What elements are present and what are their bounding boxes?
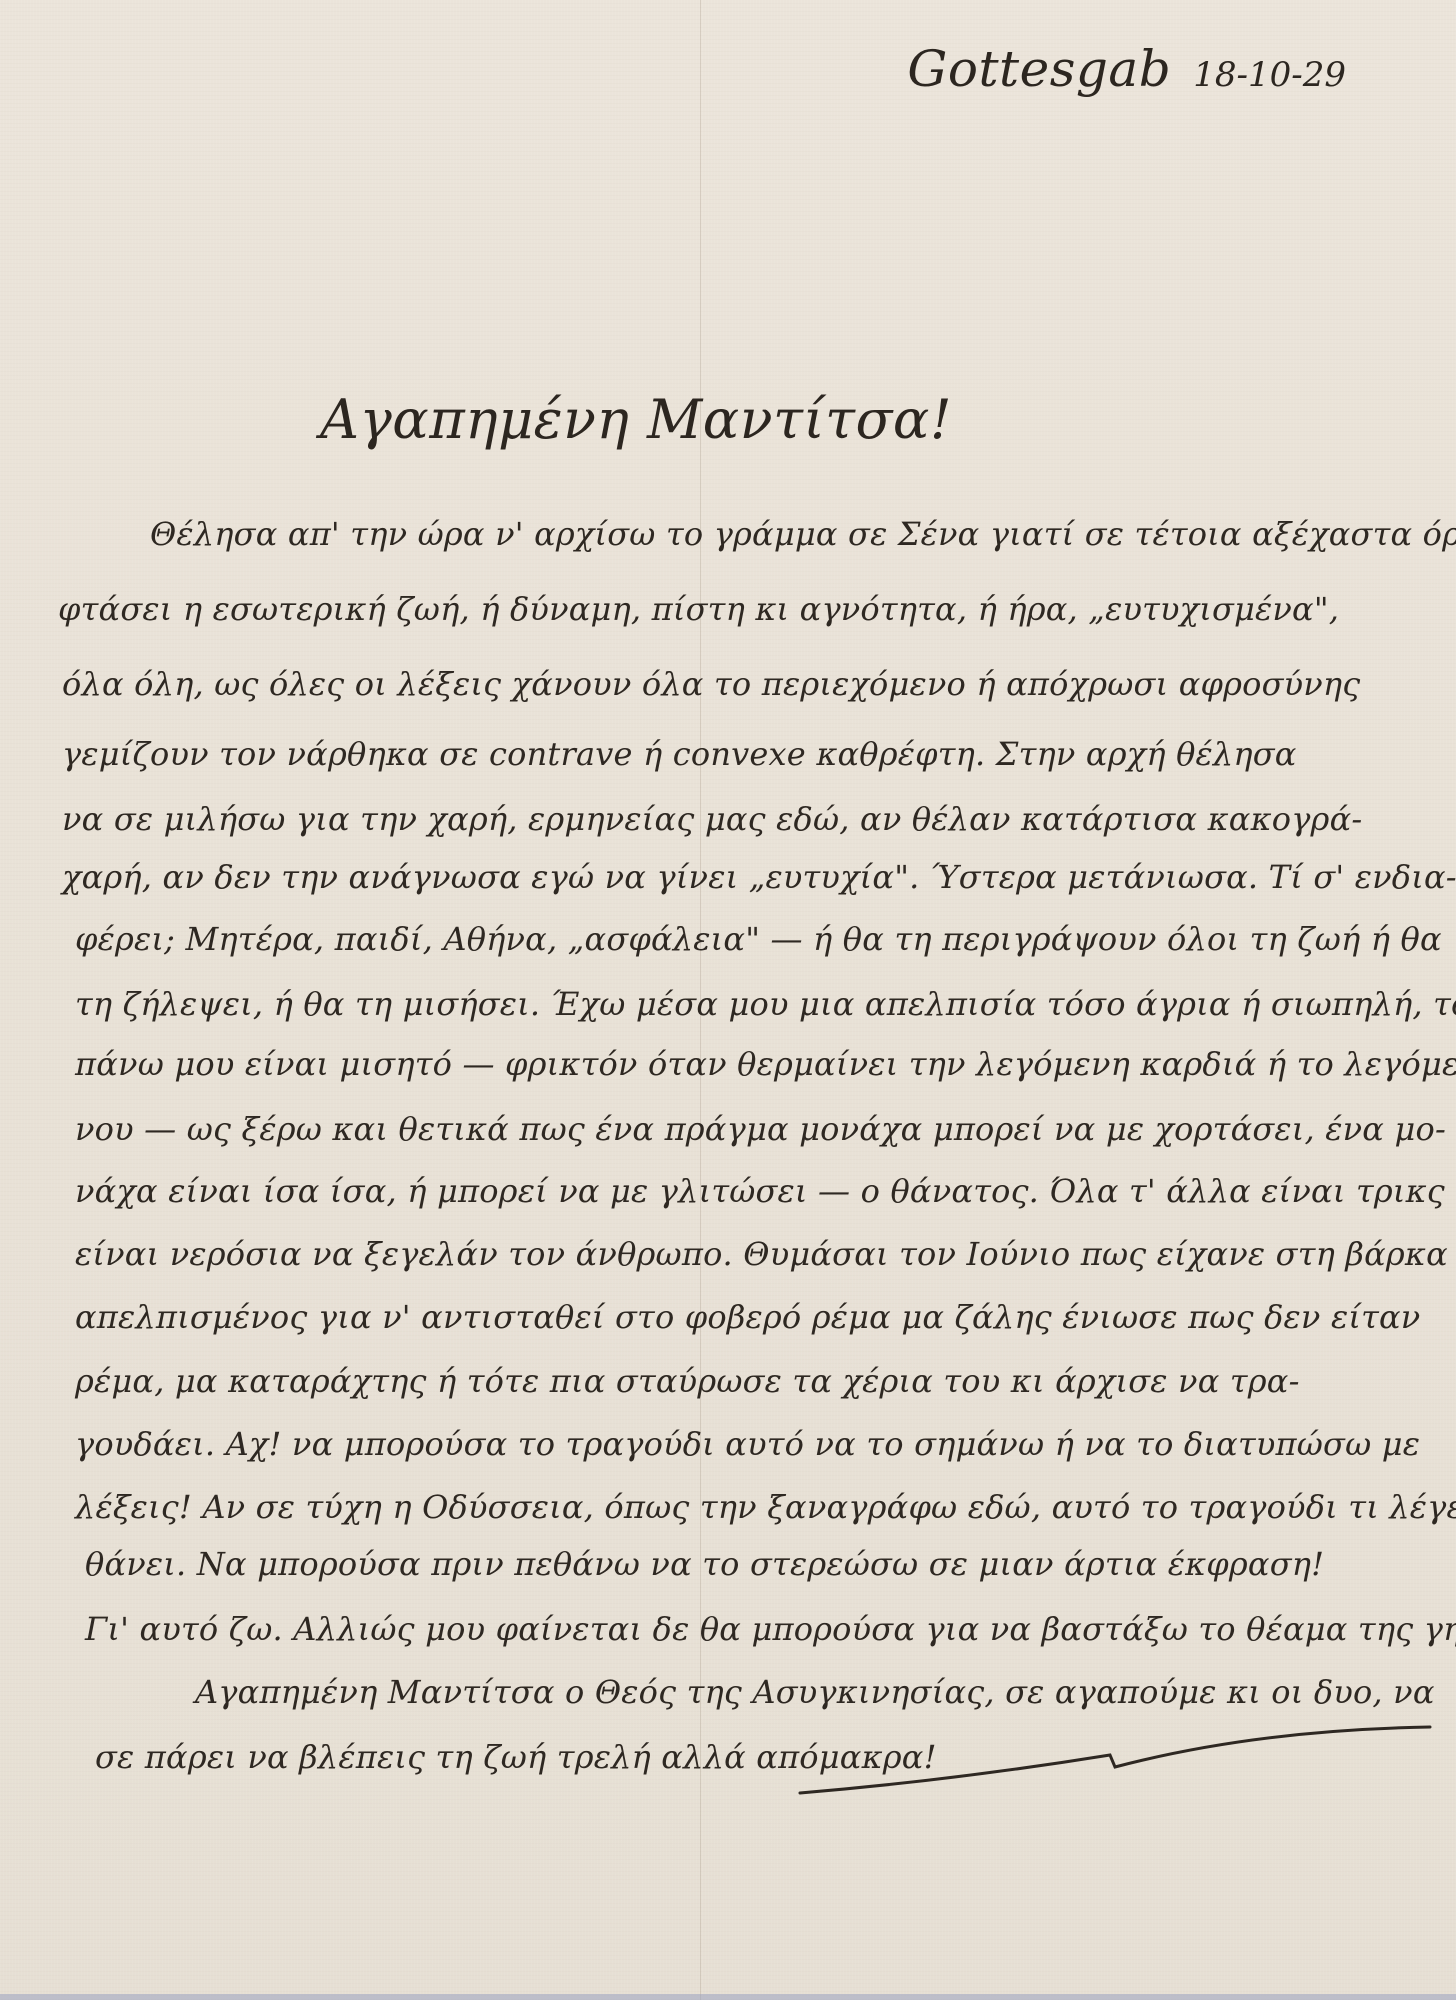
body-line: απελπισμένος για ν' αντισταθεί στο φοβερ…	[75, 1298, 1420, 1336]
body-line: ρέμα, μα καταράχτης ή τότε πια σταύρωσε …	[75, 1362, 1300, 1400]
body-line: φτάσει η εσωτερική ζωή, ή δύναμη, πίστη …	[58, 590, 1339, 628]
closing-flourish-line	[795, 1725, 1435, 1805]
body-line: νάχα είναι ίσα ίσα, ή μπορεί να με γλιτώ…	[75, 1172, 1456, 1210]
body-line: όλα όλη, ως όλες οι λέξεις χάνουν όλα το…	[62, 665, 1360, 703]
letter-place: Gottesgab	[907, 40, 1171, 98]
letter-date: 18-10-29	[1193, 55, 1346, 95]
body-line: γουδάει. Αχ! να μπορούσα το τραγούδι αυτ…	[75, 1425, 1420, 1463]
body-line: Γι' αυτό ζω. Αλλιώς μου φαίνεται δε θα μ…	[85, 1610, 1456, 1648]
body-line: νου — ως ξέρω και θετικά πως ένα πράγμα …	[75, 1110, 1446, 1148]
letter-salutation: Αγαπημένη Μαντίτσα!	[320, 388, 952, 451]
body-line: φέρει; Μητέρα, παιδί, Αθήνα, „ασφάλεια" …	[75, 920, 1442, 958]
body-line: είναι νερόσια να ξεγελάν τον άνθρωπο. Θυ…	[75, 1235, 1456, 1273]
body-line: θάνει. Να μπορούσα πριν πεθάνω να το στε…	[85, 1545, 1324, 1583]
body-line: τη ζήλεψει, ή θα τη μισήσει. Έχω μέσα μο…	[75, 985, 1456, 1023]
body-line: να σε μιλήσω για την χαρή, ερμηνείας μας…	[62, 800, 1362, 838]
body-line: Αγαπημένη Μαντίτσα ο Θεός της Ασυγκινησί…	[195, 1673, 1435, 1711]
body-line: πάνω μου είναι μισητό — φρικτόν όταν θερ…	[75, 1045, 1456, 1083]
body-line: Θέλησα απ' την ώρα ν' αρχίσω το γράμμα σ…	[150, 515, 1456, 553]
body-line: χαρή, αν δεν την ανάγνωσα εγώ να γίνει „…	[62, 858, 1456, 896]
letter-header: Gottesgab 18-10-29	[907, 40, 1346, 98]
body-line: λέξεις! Αν σε τύχη η Οδύσσεια, όπως την …	[75, 1488, 1456, 1526]
body-line: γεμίζουν τον νάρθηκα σε contrave ή conve…	[62, 735, 1297, 773]
scan-edge	[0, 1994, 1456, 2000]
